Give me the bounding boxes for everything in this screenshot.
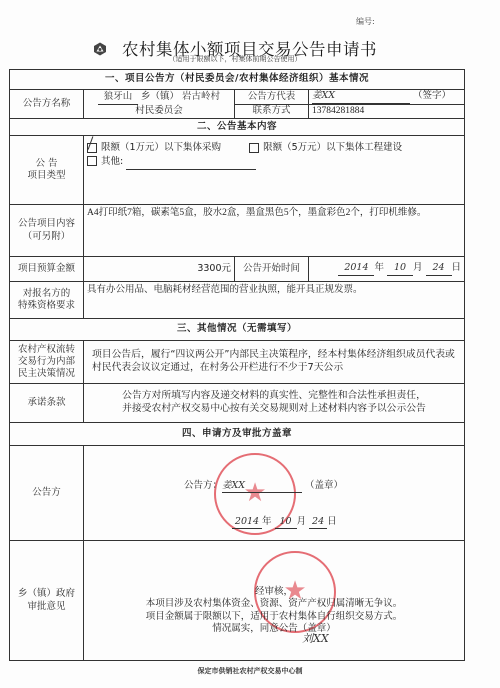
township-value[interactable]: 狼牙山 [98,91,138,104]
option-procurement[interactable]: 限额（1万元）以下集体采购 [87,142,221,153]
village-value[interactable]: 岩古岭村 [182,91,220,103]
commitment-line2: 并接受农村产权交易中心按有关交易规则对上述材料内容予以公示公告 [87,403,461,416]
section3-header-row: 三、其他情况（无需填写） [10,319,465,341]
section3-heading: 三、其他情况（无需填写） [10,319,465,341]
announcer-seal-row: 公告方 ★ 公告方：姜XX （盖章） 2014年 10月 24日 [10,446,465,541]
option-construction[interactable]: 限额（5万元）以下集体工程建设 [249,142,402,153]
qualification-label: 对报名方的 特殊资格要求 [10,282,84,319]
qualification-label-line2: 特殊资格要求 [13,300,80,312]
announcer-signature[interactable]: 姜XX [222,480,302,493]
representative-signature[interactable]: 姜XX [312,90,410,103]
government-approval-label: 乡（镇）政府 审批意见 [10,541,84,661]
start-time-label: 公告开始时间 [235,257,309,282]
seal-suffix: （盖章） [305,480,343,491]
representative-label: 公告方代表 [235,90,309,105]
section4-heading: 四、申请方及审批方盖章 [10,423,465,446]
government-signature: 刘XX [302,632,329,646]
start-time-field[interactable]: 2014年 10月 24日 [309,257,465,282]
month-unit: 月 [413,262,423,273]
decision-label-line2: 交易行为内部 [13,356,80,368]
commitment-line1: 公告方对所填写内容及递交材料的真实性、完整性和合法性承担责任， [87,390,461,403]
qualification-label-line1: 对报名方的 [13,288,80,300]
decision-value: 项目公告后，履行“四议两公开”内部民主决策程序，经本村集体经济组织成员代表或村民… [84,341,465,384]
seal-year-unit: 年 [262,516,272,527]
application-form: 一、项目公告方（村民委员会/农村集体经济组织）基本情况 公告方名称 狼牙山 乡（… [9,69,465,661]
township-suffix: 乡（镇） [141,91,179,102]
budget-value[interactable]: 3300元 [84,257,235,282]
year-unit: 年 [374,262,384,273]
section2-heading: 二、公告基本内容 [10,119,465,136]
government-label-line1: 乡（镇）政府 [13,588,80,600]
seal-month-unit: 月 [297,516,307,527]
announcer-line-label: 公告方： [184,480,222,491]
commitment-row: 承诺条款 公告方对所填写内容及递交材料的真实性、完整性和合法性承担责任， 并接受… [10,384,465,423]
seal-month[interactable]: 10 [275,516,297,529]
coop-logo-icon [93,41,107,55]
checkbox-checked-icon[interactable] [87,143,97,153]
government-approval-row: 乡（镇）政府 审批意见 ★ 经审核， 本项目涉及农村集体资金、资源、资产产权归属… [10,541,465,661]
start-day[interactable]: 24 [426,262,452,275]
option-other-label: 其他: [101,156,123,167]
start-year[interactable]: 2014 [338,262,374,275]
qualification-row: 对报名方的 特殊资格要求 具有办公用品、电脑耗材经营范围的营业执照，能开具正规发… [10,282,465,319]
decision-label: 农村产权流转 交易行为内部 民主决策情况 [10,341,84,384]
section2-header-row: 二、公告基本内容 [10,119,465,136]
announcer-name-label: 公告方名称 [10,90,84,119]
seal-date[interactable]: 2014年 10月 24日 [232,516,337,529]
qualification-value[interactable]: 具有办公用品、电脑耗材经营范围的营业执照，能开具正规发票。 [84,282,465,319]
approval-line1: 经审核， [87,586,461,598]
seal-day[interactable]: 24 [309,516,327,529]
approval-text: 经审核， 本项目涉及农村集体资金、资源、资产产权归属清晰无争议。 项目金额属于限… [87,586,461,635]
announcer-name-field[interactable]: 狼牙山 乡（镇） 岩古岭村 村民委员会 [84,90,235,119]
page-subtitle: （适用于限额以下，村集体前期公告使用） [0,54,470,64]
announcer-seal-label: 公告方 [10,446,84,541]
serial-number-label: 编号: [356,16,375,27]
commitment-value: 公告方对所填写内容及递交材料的真实性、完整性和合法性承担责任， 并接受农村产权交… [84,384,465,423]
decision-label-line1: 农村产权流转 [13,344,80,356]
footer-text: 保定市供销社农村产权交易中心制 [0,666,500,676]
seal-year[interactable]: 2014 [232,516,262,529]
option-other[interactable]: 其他: [87,156,123,167]
announcer-seal-field[interactable]: ★ 公告方：姜XX （盖章） 2014年 10月 24日 [84,446,465,541]
approval-line3: 项目金额属于限额以下，适用于农村集体自行组织交易方式。 [87,611,461,623]
start-month[interactable]: 10 [387,262,413,275]
government-label-line2: 审批意见 [13,601,80,613]
option-construction-label: 限额（5万元）以下集体工程建设 [263,142,402,153]
project-content-label-line1: 公告项目内容 [13,218,80,230]
project-type-label-line2: 项目类型 [13,170,80,182]
representative-field[interactable]: 姜XX （签字） [309,90,465,105]
other-input[interactable] [126,155,256,170]
project-type-label: 公 告 项目类型 [10,136,84,205]
checkbox-icon[interactable] [249,143,259,153]
signature-suffix: （签字） [413,90,451,101]
section4-header-row: 四、申请方及审批方盖章 [10,423,465,446]
project-content-value[interactable]: A4打印纸7箱，碳素笔5盒，胶水2盒，墨盒黑色5个，墨盒彩色2个，打印机维修。 [84,205,465,257]
budget-row: 项目预算金额 3300元 公告开始时间 2014年 10月 24日 [10,257,465,282]
seal-day-unit: 日 [327,516,337,527]
project-type-label-line1: 公 告 [13,158,80,170]
section1-header-row: 一、项目公告方（村民委员会/农村集体经济组织）基本情况 [10,70,465,90]
project-content-row: 公告项目内容 （可另附） A4打印纸7箱，碳素笔5盒，胶水2盒，墨盒黑色5个，墨… [10,205,465,257]
option-procurement-label: 限额（1万元）以下集体采购 [101,142,221,153]
project-content-label: 公告项目内容 （可另附） [10,205,84,257]
decision-row: 农村产权流转 交易行为内部 民主决策情况 项目公告后，履行“四议两公开”内部民主… [10,341,465,384]
village-committee-label: 村民委员会 [87,105,231,117]
project-type-row: 公 告 项目类型 限额（1万元）以下集体采购 限额（5万元）以下集体工程建设 其… [10,136,465,205]
announcer-row-1: 公告方名称 狼牙山 乡（镇） 岩古岭村 村民委员会 公告方代表 姜XX （签字） [10,90,465,105]
contact-label: 联系方式 [235,105,309,119]
day-unit: 日 [452,262,462,273]
announcer-sign-line: 公告方：姜XX （盖章） [184,480,343,493]
approval-line2: 本项目涉及农村集体资金、资源、资产产权归属清晰无争议。 [87,598,461,610]
decision-label-line3: 民主决策情况 [13,368,80,380]
approval-line4: 情况属实，同意公告（盖章） [87,623,461,635]
budget-label: 项目预算金额 [10,257,84,282]
government-approval-field[interactable]: ★ 经审核， 本项目涉及农村集体资金、资源、资产产权归属清晰无争议。 项目金额属… [84,541,465,661]
contact-value[interactable]: 13784281884 [309,105,465,119]
commitment-label: 承诺条款 [10,384,84,423]
checkbox-icon[interactable] [87,156,97,166]
project-content-label-line2: （可另附） [13,231,80,243]
project-type-options: 限额（1万元）以下集体采购 限额（5万元）以下集体工程建设 其他: [84,136,465,205]
section1-heading: 一、项目公告方（村民委员会/农村集体经济组织）基本情况 [10,70,465,90]
